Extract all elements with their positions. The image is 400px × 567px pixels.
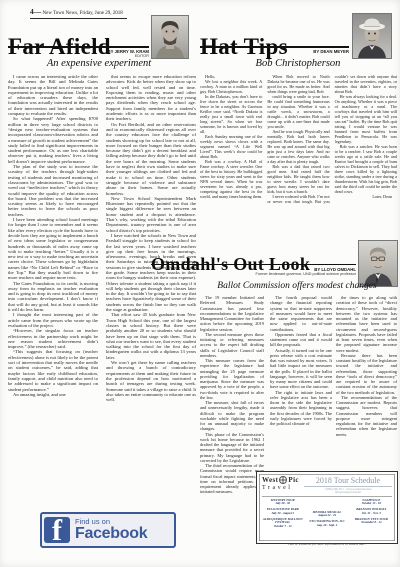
- paragraph: The measure, shot full of errors and unn…: [200, 400, 264, 432]
- travel-agency-ad: West Pic Travel 2018 Tour Schedule 1 (80…: [256, 471, 398, 544]
- paragraph: The plan of the study was to increase th…: [8, 164, 98, 217]
- far-afield-column-1: I came across an interesting article the…: [8, 74, 98, 511]
- omdahl-byline: BY LLOYD OMDAHL Former lieutenant govern…: [151, 267, 356, 277]
- tour-dates: Aug. 29 - Sept. 4: [306, 524, 347, 527]
- travel-contact-phone-web: 1 (800) 446-3711 www.westpictravel.net i…: [304, 488, 392, 495]
- page-number: 4—: [30, 7, 41, 16]
- paragraph: I have been attending school board meeti…: [8, 217, 98, 281]
- paragraph: Bob was a cowboy. A Hall of Fame cowboy.…: [200, 159, 262, 199]
- paragraph: Bob was a dad that raised two good men. …: [267, 164, 329, 194]
- paragraph: That effort saw 45 kids graduate from Ne…: [106, 312, 196, 360]
- paragraph: The recommendations of the Commission ar…: [336, 395, 397, 437]
- facebook-label: Facebook: [75, 526, 147, 542]
- paragraph: We lost a neighbor this week. A cowboy. …: [200, 79, 262, 94]
- paragraph: The second measure gives those initiatin…: [200, 332, 264, 358]
- tour-item: MYSTERY TOURJuly 28 - 30: [262, 499, 303, 506]
- logo-word-west: West: [262, 476, 278, 484]
- paragraph: Actually, it turned out to be one press …: [270, 348, 332, 390]
- far-afield-rule: [8, 46, 149, 48]
- paragraph: The 19 member Initiated and Referred Mea…: [200, 295, 264, 332]
- logo-word-pic: Pic: [288, 476, 299, 484]
- travel-agency-logo: West Pic Travel: [262, 476, 304, 491]
- paragraph: Later, Dean: [335, 194, 397, 199]
- omdahl-column-1: The 19 member Initiated and Referred Mea…: [200, 295, 264, 546]
- paragraph: “This suggests that focusing on (teacher…: [8, 349, 98, 391]
- tour-item: MEDORA MUSICALAugust 22 - 24: [306, 511, 347, 518]
- tour-column-2: MEDORA MUSICALAugust 22 - 24NYC/WASHINGT…: [306, 499, 347, 539]
- paragraph: Because there has been constant hostilit…: [336, 353, 397, 395]
- tour-dates: Oct. 31 - Nov. 5: [351, 512, 392, 515]
- paragraph: I thought the most interesting part of t…: [8, 312, 98, 328]
- facebook-logo-icon: f: [44, 517, 70, 543]
- hat-tips-subtitle: Bob Christopherson: [200, 58, 396, 69]
- email-address: info@westpictravel.net: [335, 491, 361, 494]
- paragraph: “However, the singular focus on teacher …: [8, 328, 98, 349]
- byline-name: BY DEAN MEYER: [200, 49, 349, 54]
- paragraph: New Town School Superintendent Mark Blue…: [106, 196, 196, 233]
- paragraph: The Gates Foundation, to its credit, is …: [8, 281, 98, 313]
- paragraph: On Fort Berthold, and on other reservati…: [106, 122, 196, 196]
- facebook-ad-text: Find us on Facebook: [75, 518, 147, 543]
- tour-item: YELLOWSTONE PARKJuly 30 - August 3: [262, 508, 303, 515]
- newspaper-page: 4— New Town News, Friday, June 29, 2018 …: [0, 0, 400, 567]
- masthead-dateline: New Town News, Friday, June 29, 2018: [43, 11, 123, 16]
- paragraph: When Bob moved to North Dakota he became…: [267, 74, 329, 94]
- paragraph: could bring a smile to your face. He cou…: [267, 94, 329, 129]
- omdahl-rule: [151, 264, 356, 265]
- paragraph: Each Sunday morning one of the weekly ne…: [200, 134, 262, 159]
- facebook-f: f: [52, 517, 62, 543]
- tour-dates: November 8 - 14: [351, 521, 392, 524]
- logo-word-travel: Travel: [262, 485, 304, 491]
- bearded-man-portrait: [152, 16, 188, 58]
- tour-column-1: MYSTERY TOURJuly 28 - 30YELLOWSTONE PARK…: [262, 499, 303, 539]
- tour-list: MYSTERY TOURJuly 28 - 30YELLOWSTONE PARK…: [262, 499, 392, 539]
- paragraph: Opponents feared that a fiscal statement…: [270, 332, 332, 348]
- omdahl-column-2: The fourth proposal would change the fin…: [270, 295, 332, 470]
- tour-schedule-block: 2018 Tour Schedule 1 (800) 446-3711 www.…: [304, 476, 392, 495]
- find-us-on-label: Find us on: [75, 518, 147, 526]
- far-afield-subtitle: An expensive experiment: [8, 58, 190, 69]
- tour-dates: October 13 - 18: [351, 502, 392, 505]
- paragraph: I came across an interesting article the…: [8, 74, 98, 116]
- tour-dates: July 30 - August 3: [262, 512, 303, 515]
- tour-dates: October 7 - 14: [262, 525, 303, 528]
- hat-tips-byline: BY DEAN MEYER: [200, 49, 349, 54]
- paragraph: He was always looking for a deal. On any…: [335, 94, 397, 144]
- tour-item: NYC/WASHINGTON, D.CAug. 29 - Sept. 4: [306, 520, 347, 527]
- paragraph: The right to initiate laws and refer leg…: [270, 390, 332, 427]
- paragraph: In the Dakotas, you don’t have to live d…: [200, 94, 262, 134]
- paragraph: This measure comes from the experience t…: [200, 358, 264, 400]
- tour-schedule-title: 2018 Tour Schedule: [304, 476, 392, 487]
- cowboy-hat-man-portrait: [353, 14, 391, 58]
- tour-item: BRANSON VETS TOURNovember 8 - 14: [351, 518, 392, 525]
- dean-meyer-photo: [352, 13, 392, 59]
- folio: 4— New Town News, Friday, June 29, 2018: [30, 8, 127, 19]
- lloyd-omdahl-photo: [358, 240, 398, 287]
- tour-dates: August 22 - 24: [306, 514, 347, 517]
- far-afield-column-2: that seems to escape more education refo…: [106, 74, 196, 511]
- paragraph: The fourth proposal would change the fin…: [270, 295, 332, 332]
- paragraph: that seems to escape more education refo…: [106, 74, 196, 122]
- paragraph: Bob was a rancher. He was born to be a r…: [335, 144, 397, 194]
- tour-item: NASHVILLEOctober 13 - 18: [351, 499, 392, 506]
- paragraph: the times to go along with creation of t…: [336, 295, 397, 353]
- hat-tips-rule: [200, 46, 349, 48]
- tour-item: BRANSON HOLIDAYOct. 31 - Nov. 5: [351, 508, 392, 515]
- tour-dates: July 28 - 30: [262, 502, 303, 505]
- paragraph: An amazing insight, and one: [8, 392, 98, 397]
- travel-ad-footer: Call or e-mail us for more information o…: [262, 540, 392, 547]
- paragraph: This phase of the Commission’s work hit …: [200, 432, 264, 464]
- tour-column-3: NASHVILLEOctober 13 - 18BRANSON HOLIDAYO…: [351, 499, 392, 539]
- paragraph: The third recommendation of the Commissi…: [200, 463, 264, 495]
- omdahl-subtitle: Ballot Commission offers modest changes: [196, 281, 398, 291]
- tour-item: ALBUQUERQUE BALLOON FESTIVALOctober 7 - …: [262, 518, 303, 529]
- byline-role: Former lieutenant governor, UND politica…: [151, 272, 356, 277]
- paragraph: So what happened? After spending $700 mi…: [8, 116, 98, 164]
- facebook-ad: f Find us on Facebook: [40, 512, 176, 548]
- jerry-kram-photo: [151, 15, 189, 59]
- paragraph: And he was tough. Physically and mentall…: [267, 129, 329, 164]
- globe-icon: [279, 476, 287, 484]
- travel-ad-header: West Pic Travel 2018 Tour Schedule 1 (80…: [262, 476, 392, 497]
- omdahl-column-3: the times to go along with creation of t…: [336, 295, 397, 454]
- hat-tips-columns: Hello,We lost a neighbor this week. A co…: [200, 74, 397, 241]
- older-man-glasses-portrait: [359, 241, 397, 286]
- paragraph: We won’t get there by name calling teach…: [106, 360, 196, 402]
